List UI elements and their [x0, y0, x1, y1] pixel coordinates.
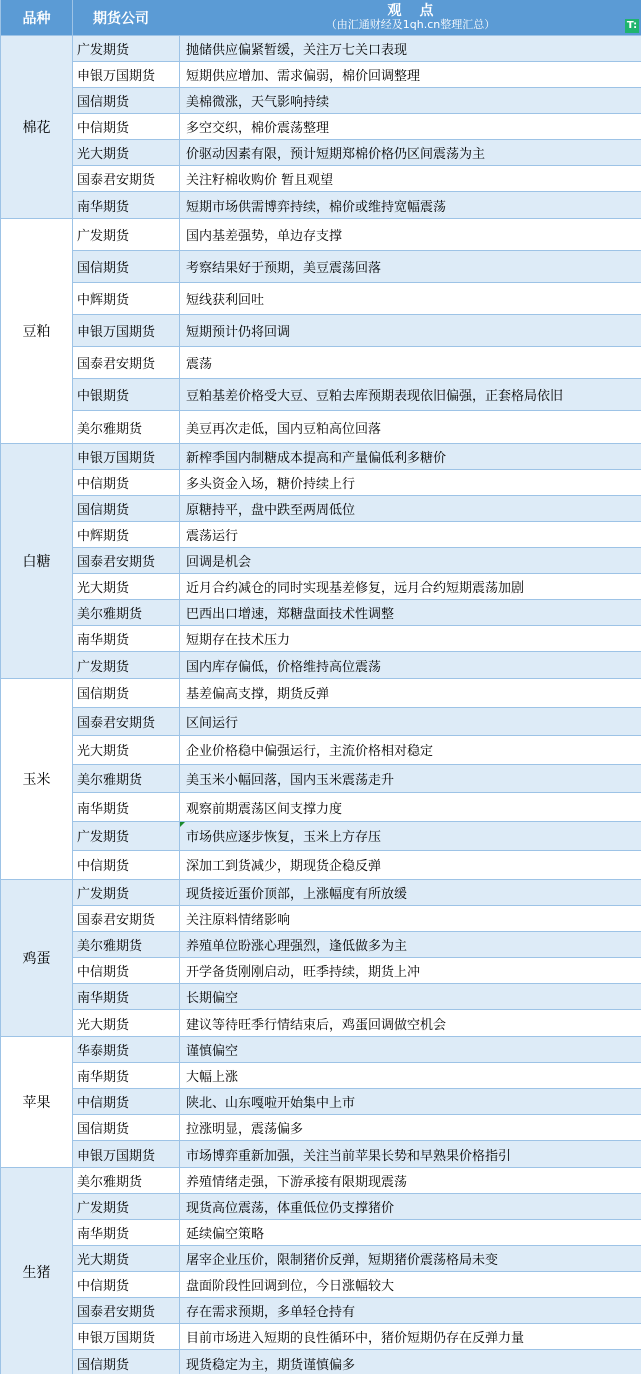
- table-row[interactable]: 南华期货短期存在技术压力: [73, 626, 641, 652]
- view-text: 美棉微涨，天气影响持续: [186, 91, 329, 110]
- table-row[interactable]: 广发期货国内库存偏低，价格维持高位震荡: [73, 652, 641, 678]
- company-cell[interactable]: 美尔雅期货: [73, 932, 180, 957]
- view-cell[interactable]: 新榨季国内制糖成本提高和产量偏低利多糖价: [180, 444, 641, 469]
- view-text: 短期市场供需博弈持续，棉价或维持宽幅震荡: [186, 196, 446, 215]
- view-text: 市场博弈重新加强，关注当前苹果长势和早熟果价格指引: [186, 1145, 511, 1164]
- view-cell[interactable]: 短期市场供需博弈持续，棉价或维持宽幅震荡: [180, 192, 641, 218]
- view-cell[interactable]: 开学备货刚刚启动，旺季持续，期货上冲: [180, 958, 641, 983]
- view-text: 养殖单位盼涨心理强烈，逢低做多为主: [186, 935, 407, 954]
- view-cell[interactable]: 基差偏高支撑，期货反弹: [180, 679, 641, 707]
- table-row[interactable]: 广发期货现货接近蛋价顶部，上涨幅度有所放缓: [73, 880, 641, 906]
- view-text: 震荡: [186, 353, 212, 372]
- view-text: 短期存在技术压力: [186, 629, 290, 648]
- company-cell[interactable]: 国信期货: [73, 88, 180, 113]
- view-cell[interactable]: 考察结果好于预期，美豆震荡回落: [180, 251, 641, 282]
- view-text: 原糖持平，盘中跌至两周低位: [186, 499, 355, 518]
- view-text: 区间运行: [186, 712, 238, 731]
- table-row[interactable]: 申银万国期货市场博弈重新加强，关注当前苹果长势和早熟果价格指引: [73, 1141, 641, 1167]
- view-text: 豆粕基差价格受大豆、豆粕去库预期表现依旧偏强，正套格局依旧: [186, 385, 563, 404]
- table-row[interactable]: 国信期货基差偏高支撑，期货反弹: [73, 679, 641, 708]
- table-row[interactable]: 中信期货深加工到货减少，期现货企稳反弹: [73, 851, 641, 880]
- view-text: 陕北、山东嘎啦开始集中上市: [186, 1092, 355, 1111]
- table-row[interactable]: 南华期货长期偏空: [73, 984, 641, 1010]
- view-text: 关注原料情绪影响: [186, 909, 290, 928]
- view-text: 短线获利回吐: [186, 289, 264, 308]
- section: 棉花广发期货抛储供应偏紧暂缓，关注万七关口表现申银万国期货短期供应增加、需求偏弱…: [1, 36, 641, 219]
- category-cell[interactable]: 鸡蛋: [1, 880, 73, 1036]
- view-text: 美豆再次走低，国内豆粕高位回落: [186, 418, 381, 437]
- cell-comment-marker-icon: [180, 822, 185, 827]
- table-row[interactable]: 美尔雅期货巴西出口增速，郑糖盘面技术性调整: [73, 600, 641, 626]
- table-row[interactable]: 南华期货大幅上涨: [73, 1063, 641, 1089]
- table-row[interactable]: 国信期货原糖持平，盘中跌至两周低位: [73, 496, 641, 522]
- view-cell[interactable]: 原糖持平，盘中跌至两周低位: [180, 496, 641, 521]
- table-row[interactable]: 中辉期货震荡运行: [73, 522, 641, 548]
- category-cell[interactable]: 生猪: [1, 1168, 73, 1374]
- view-text: 关注籽棉收购价 暂且观望: [186, 169, 333, 188]
- view-text: 盘面阶段性回调到位，今日涨幅较大: [186, 1275, 394, 1294]
- company-cell[interactable]: 南华期货: [73, 192, 180, 218]
- view-cell[interactable]: 抛储供应偏紧暂缓，关注万七关口表现: [180, 36, 641, 61]
- view-text: 短期供应增加、需求偏弱，棉价回调整理: [186, 65, 420, 84]
- view-cell[interactable]: 拉涨明显，震荡偏多: [180, 1115, 641, 1140]
- view-cell[interactable]: 存在需求预期，多单轻仓持有: [180, 1298, 641, 1323]
- view-text: 巴西出口增速，郑糖盘面技术性调整: [186, 603, 394, 622]
- view-cell[interactable]: 现货高位震荡，体重低位仍支撑猪价: [180, 1194, 641, 1219]
- table-row[interactable]: 广发期货市场供应逐步恢复，玉米上方存压: [73, 822, 641, 851]
- table-row[interactable]: 南华期货短期市场供需博弈持续，棉价或维持宽幅震荡: [73, 192, 641, 218]
- company-cell[interactable]: 国泰君安期货: [73, 548, 180, 573]
- view-text: 考察结果好于预期，美豆震荡回落: [186, 257, 381, 276]
- view-cell[interactable]: 市场供应逐步恢复，玉米上方存压: [180, 822, 641, 850]
- company-cell[interactable]: 申银万国期货: [73, 62, 180, 87]
- company-cell[interactable]: 中辉期货: [73, 522, 180, 547]
- header-view-subtitle: （由汇通财经及1qh.cn整理汇总）: [326, 19, 495, 31]
- table-header: 品种 期货公司 观点 （由汇通财经及1qh.cn整理汇总） T:: [1, 0, 641, 36]
- header-view: 观点 （由汇通财经及1qh.cn整理汇总）: [180, 0, 641, 35]
- view-cell[interactable]: 豆粕基差价格受大豆、豆粕去库预期表现依旧偏强，正套格局依旧: [180, 379, 641, 410]
- table-row[interactable]: 中信期货盘面阶段性回调到位，今日涨幅较大: [73, 1272, 641, 1298]
- table-row[interactable]: 广发期货现货高位震荡，体重低位仍支撑猪价: [73, 1194, 641, 1220]
- table-row[interactable]: 美尔雅期货养殖单位盼涨心理强烈，逢低做多为主: [73, 932, 641, 958]
- view-cell[interactable]: 震荡: [180, 347, 641, 378]
- company-cell[interactable]: 光大期货: [73, 1010, 180, 1036]
- view-text: 大幅上涨: [186, 1066, 238, 1085]
- view-cell[interactable]: 区间运行: [180, 708, 641, 736]
- section: 鸡蛋广发期货现货接近蛋价顶部，上涨幅度有所放缓国泰君安期货关注原料情绪影响美尔雅…: [1, 880, 641, 1037]
- table-row[interactable]: 中银期货豆粕基差价格受大豆、豆粕去库预期表现依旧偏强，正套格局依旧: [73, 379, 641, 411]
- view-text: 抛储供应偏紧暂缓，关注万七关口表现: [186, 39, 407, 58]
- table-row[interactable]: 南华期货观察前期震荡区间支撑力度: [73, 793, 641, 822]
- company-cell[interactable]: 中银期货: [73, 379, 180, 410]
- company-cell[interactable]: 南华期货: [73, 1063, 180, 1088]
- view-text: 拉涨明显，震荡偏多: [186, 1118, 303, 1137]
- table-row[interactable]: 华泰期货谨慎偏空: [73, 1037, 641, 1063]
- view-cell[interactable]: 短期供应增加、需求偏弱，棉价回调整理: [180, 62, 641, 87]
- company-cell[interactable]: 广发期货: [73, 219, 180, 250]
- view-text: 企业价格稳中偏强运行，主流价格相对稳定: [186, 740, 433, 759]
- view-cell[interactable]: 国内基差强势，单边存支撑: [180, 219, 641, 250]
- company-cell[interactable]: 中信期货: [73, 114, 180, 139]
- company-cell[interactable]: 中信期货: [73, 470, 180, 495]
- view-text: 震荡运行: [186, 525, 238, 544]
- company-cell[interactable]: 美尔雅期货: [73, 600, 180, 625]
- table-row[interactable]: 国泰君安期货震荡: [73, 347, 641, 379]
- table-row[interactable]: 国信期货美棉微涨，天气影响持续: [73, 88, 641, 114]
- table-row[interactable]: 美尔雅期货养殖情绪走强，下游承接有限期现震荡: [73, 1168, 641, 1194]
- view-text: 观察前期震荡区间支撑力度: [186, 798, 342, 817]
- section: 苹果华泰期货谨慎偏空南华期货大幅上涨中信期货陕北、山东嘎啦开始集中上市国信期货拉…: [1, 1037, 641, 1168]
- view-cell[interactable]: 深加工到货减少，期现货企稳反弹: [180, 851, 641, 880]
- view-cell[interactable]: 建议等待旺季行情结束后，鸡蛋回调做空机会: [180, 1010, 641, 1036]
- company-cell[interactable]: 南华期货: [73, 984, 180, 1009]
- view-cell[interactable]: 养殖情绪走强，下游承接有限期现震荡: [180, 1168, 641, 1193]
- view-text: 深加工到货减少，期现货企稳反弹: [186, 855, 381, 874]
- view-text: 现货稳定为主，期货谨慎偏多: [186, 1354, 355, 1373]
- view-cell[interactable]: 巴西出口增速，郑糖盘面技术性调整: [180, 600, 641, 625]
- view-text: 养殖情绪走强，下游承接有限期现震荡: [186, 1171, 407, 1190]
- company-cell[interactable]: 广发期货: [73, 822, 180, 850]
- table-row[interactable]: 美尔雅期货美豆再次走低，国内豆粕高位回落: [73, 411, 641, 443]
- view-text: 多空交织，棉价震荡整理: [186, 117, 329, 136]
- company-cell[interactable]: 国泰君安期货: [73, 166, 180, 191]
- company-cell[interactable]: 国泰君安期货: [73, 347, 180, 378]
- company-cell[interactable]: 国泰君安期货: [73, 1298, 180, 1323]
- view-cell[interactable]: 屠宰企业压价，限制猪价反弹，短期猪价震荡格局未变: [180, 1246, 641, 1271]
- company-cell[interactable]: 广发期货: [73, 36, 180, 61]
- view-text: 新榨季国内制糖成本提高和产量偏低利多糖价: [186, 447, 446, 466]
- section: 豆粕广发期货国内基差强势，单边存支撑国信期货考察结果好于预期，美豆震荡回落中辉期…: [1, 219, 641, 444]
- view-text: 长期偏空: [186, 987, 238, 1006]
- table-body: 棉花广发期货抛储供应偏紧暂缓，关注万七关口表现申银万国期货短期供应增加、需求偏弱…: [1, 36, 641, 1374]
- view-cell[interactable]: 长期偏空: [180, 984, 641, 1009]
- company-cell[interactable]: 国泰君安期货: [73, 906, 180, 931]
- company-cell[interactable]: 中辉期货: [73, 283, 180, 314]
- table-row[interactable]: 中信期货开学备货刚刚启动，旺季持续，期货上冲: [73, 958, 641, 984]
- company-cell[interactable]: 国信期货: [73, 496, 180, 521]
- table-row[interactable]: 国泰君安期货区间运行: [73, 708, 641, 737]
- company-cell[interactable]: 南华期货: [73, 1220, 180, 1245]
- view-cell[interactable]: 盘面阶段性回调到位，今日涨幅较大: [180, 1272, 641, 1297]
- header-company: 期货公司: [73, 0, 180, 35]
- table-row[interactable]: 中辉期货短线获利回吐: [73, 283, 641, 315]
- company-cell[interactable]: 光大期货: [73, 1246, 180, 1271]
- category-cell[interactable]: 玉米: [1, 679, 73, 879]
- table-row[interactable]: 申银万国期货短期预计仍将回调: [73, 315, 641, 347]
- company-cell[interactable]: 申银万国期货: [73, 315, 180, 346]
- view-text: 基差偏高支撑，期货反弹: [186, 683, 329, 702]
- view-text: 现货高位震荡，体重低位仍支撑猪价: [186, 1197, 394, 1216]
- header-view-title: 观点: [370, 4, 452, 19]
- view-cell[interactable]: 大幅上涨: [180, 1063, 641, 1088]
- view-cell[interactable]: 美棉微涨，天气影响持续: [180, 88, 641, 113]
- company-cell[interactable]: 广发期货: [73, 652, 180, 678]
- view-text: 国内库存偏低，价格维持高位震荡: [186, 656, 381, 675]
- company-cell[interactable]: 广发期货: [73, 1194, 180, 1219]
- view-text: 多头资金入场，糖价持续上行: [186, 473, 355, 492]
- view-cell[interactable]: 震荡运行: [180, 522, 641, 547]
- view-cell[interactable]: 回调是机会: [180, 548, 641, 573]
- view-cell[interactable]: 市场博弈重新加强，关注当前苹果长势和早熟果价格指引: [180, 1141, 641, 1167]
- table-row[interactable]: 中信期货陕北、山东嘎啦开始集中上市: [73, 1089, 641, 1115]
- view-text: 开学备货刚刚启动，旺季持续，期货上冲: [186, 961, 420, 980]
- view-cell[interactable]: 多空交织，棉价震荡整理: [180, 114, 641, 139]
- table-row[interactable]: 国泰君安期货存在需求预期，多单轻仓持有: [73, 1298, 641, 1324]
- table-row[interactable]: 国信期货拉涨明显，震荡偏多: [73, 1115, 641, 1141]
- company-cell[interactable]: 国信期货: [73, 1350, 180, 1374]
- company-cell[interactable]: 中信期货: [73, 958, 180, 983]
- table-row[interactable]: 光大期货价驱动因素有限，预计短期郑棉价格仍区间震荡为主: [73, 140, 641, 166]
- view-cell[interactable]: 观察前期震荡区间支撑力度: [180, 793, 641, 821]
- view-cell[interactable]: 目前市场进入短期的良性循环中，猪价短期仍存在反弹力量: [180, 1324, 641, 1349]
- view-text: 目前市场进入短期的良性循环中，猪价短期仍存在反弹力量: [186, 1327, 524, 1346]
- table-row[interactable]: 光大期货企业价格稳中偏强运行，主流价格相对稳定: [73, 736, 641, 765]
- view-text: 谨慎偏空: [186, 1040, 238, 1059]
- view-text: 现货接近蛋价顶部，上涨幅度有所放缓: [186, 883, 407, 902]
- table-row[interactable]: 申银万国期货目前市场进入短期的良性循环中，猪价短期仍存在反弹力量: [73, 1324, 641, 1350]
- company-cell[interactable]: 中信期货: [73, 1089, 180, 1114]
- view-cell[interactable]: 延续偏空策略: [180, 1220, 641, 1245]
- table-row[interactable]: 光大期货近月合约减仓的同时实现基差修复，远月合约短期震荡加剧: [73, 574, 641, 600]
- section: 生猪美尔雅期货养殖情绪走强，下游承接有限期现震荡广发期货现货高位震荡，体重低位仍…: [1, 1168, 641, 1374]
- view-cell[interactable]: 国内库存偏低，价格维持高位震荡: [180, 652, 641, 678]
- company-cell[interactable]: 国信期货: [73, 251, 180, 282]
- company-cell[interactable]: 国泰君安期货: [73, 708, 180, 736]
- view-text: 短期预计仍将回调: [186, 321, 290, 340]
- section: 白糖申银万国期货新榨季国内制糖成本提高和产量偏低利多糖价中信期货多头资金入场，糖…: [1, 444, 641, 679]
- company-cell[interactable]: 美尔雅期货: [73, 411, 180, 443]
- company-cell[interactable]: 国信期货: [73, 1115, 180, 1140]
- company-cell[interactable]: 广发期货: [73, 880, 180, 905]
- view-text: 建议等待旺季行情结束后，鸡蛋回调做空机会: [186, 1014, 446, 1033]
- view-text: 市场供应逐步恢复，玉米上方存压: [186, 826, 381, 845]
- view-cell[interactable]: 短期预计仍将回调: [180, 315, 641, 346]
- view-text: 近月合约减仓的同时实现基差修复，远月合约短期震荡加剧: [186, 577, 524, 596]
- view-cell[interactable]: 关注籽棉收购价 暂且观望: [180, 166, 641, 191]
- table-row[interactable]: 国信期货现货稳定为主，期货谨慎偏多: [73, 1350, 641, 1374]
- view-cell[interactable]: 价驱动因素有限，预计短期郑棉价格仍区间震荡为主: [180, 140, 641, 165]
- view-cell[interactable]: 关注原料情绪影响: [180, 906, 641, 931]
- table-row[interactable]: 申银万国期货短期供应增加、需求偏弱，棉价回调整理: [73, 62, 641, 88]
- view-text: 美玉米小幅回落，国内玉米震荡走升: [186, 769, 394, 788]
- company-cell[interactable]: 南华期货: [73, 626, 180, 651]
- company-cell[interactable]: 国信期货: [73, 679, 180, 707]
- company-cell[interactable]: 中信期货: [73, 851, 180, 880]
- table-row[interactable]: 国泰君安期货回调是机会: [73, 548, 641, 574]
- view-cell[interactable]: 养殖单位盼涨心理强烈，逢低做多为主: [180, 932, 641, 957]
- table-row[interactable]: 国信期货考察结果好于预期，美豆震荡回落: [73, 251, 641, 283]
- company-cell[interactable]: 申银万国期货: [73, 444, 180, 469]
- futures-views-table: 品种 期货公司 观点 （由汇通财经及1qh.cn整理汇总） T: 棉花广发期货抛…: [0, 0, 641, 1374]
- table-row[interactable]: 国泰君安期货关注籽棉收购价 暂且观望: [73, 166, 641, 192]
- view-cell[interactable]: 现货稳定为主，期货谨慎偏多: [180, 1350, 641, 1374]
- table-row[interactable]: 美尔雅期货美玉米小幅回落，国内玉米震荡走升: [73, 765, 641, 794]
- view-cell[interactable]: 多头资金入场，糖价持续上行: [180, 470, 641, 495]
- view-text: 国内基差强势，单边存支撑: [186, 225, 342, 244]
- view-text: 价驱动因素有限，预计短期郑棉价格仍区间震荡为主: [186, 143, 485, 162]
- view-cell[interactable]: 美玉米小幅回落，国内玉米震荡走升: [180, 765, 641, 793]
- view-text: 存在需求预期，多单轻仓持有: [186, 1301, 355, 1320]
- company-cell[interactable]: 申银万国期货: [73, 1324, 180, 1349]
- table-row[interactable]: 南华期货延续偏空策略: [73, 1220, 641, 1246]
- table-row[interactable]: 中信期货多头资金入场，糖价持续上行: [73, 470, 641, 496]
- section: 玉米国信期货基差偏高支撑，期货反弹国泰君安期货区间运行光大期货企业价格稳中偏强运…: [1, 679, 641, 880]
- view-cell[interactable]: 短期存在技术压力: [180, 626, 641, 651]
- table-row[interactable]: 国泰君安期货关注原料情绪影响: [73, 906, 641, 932]
- view-cell[interactable]: 企业价格稳中偏强运行，主流价格相对稳定: [180, 736, 641, 764]
- company-cell[interactable]: 中信期货: [73, 1272, 180, 1297]
- table-row[interactable]: 光大期货建议等待旺季行情结束后，鸡蛋回调做空机会: [73, 1010, 641, 1036]
- table-row[interactable]: 申银万国期货新榨季国内制糖成本提高和产量偏低利多糖价: [73, 444, 641, 470]
- company-cell[interactable]: 南华期货: [73, 793, 180, 821]
- filter-icon[interactable]: T:: [625, 19, 639, 33]
- view-cell[interactable]: 谨慎偏空: [180, 1037, 641, 1062]
- category-cell[interactable]: 白糖: [1, 444, 73, 678]
- table-row[interactable]: 中信期货多空交织，棉价震荡整理: [73, 114, 641, 140]
- view-cell[interactable]: 短线获利回吐: [180, 283, 641, 314]
- table-row[interactable]: 光大期货屠宰企业压价，限制猪价反弹，短期猪价震荡格局未变: [73, 1246, 641, 1272]
- table-row[interactable]: 广发期货抛储供应偏紧暂缓，关注万七关口表现: [73, 36, 641, 62]
- view-cell[interactable]: 美豆再次走低，国内豆粕高位回落: [180, 411, 641, 443]
- header-category: 品种: [1, 0, 73, 35]
- view-cell[interactable]: 现货接近蛋价顶部，上涨幅度有所放缓: [180, 880, 641, 905]
- table-row[interactable]: 广发期货国内基差强势，单边存支撑: [73, 219, 641, 251]
- view-text: 回调是机会: [186, 551, 251, 570]
- category-cell[interactable]: 棉花: [1, 36, 73, 218]
- view-cell[interactable]: 近月合约减仓的同时实现基差修复，远月合约短期震荡加剧: [180, 574, 641, 599]
- view-text: 屠宰企业压价，限制猪价反弹，短期猪价震荡格局未变: [186, 1249, 498, 1268]
- company-cell[interactable]: 美尔雅期货: [73, 1168, 180, 1193]
- category-cell[interactable]: 苹果: [1, 1037, 73, 1167]
- company-cell[interactable]: 光大期货: [73, 574, 180, 599]
- company-cell[interactable]: 光大期货: [73, 140, 180, 165]
- company-cell[interactable]: 美尔雅期货: [73, 765, 180, 793]
- company-cell[interactable]: 申银万国期货: [73, 1141, 180, 1167]
- view-cell[interactable]: 陕北、山东嘎啦开始集中上市: [180, 1089, 641, 1114]
- view-text: 延续偏空策略: [186, 1223, 264, 1242]
- company-cell[interactable]: 华泰期货: [73, 1037, 180, 1062]
- company-cell[interactable]: 光大期货: [73, 736, 180, 764]
- category-cell[interactable]: 豆粕: [1, 219, 73, 443]
